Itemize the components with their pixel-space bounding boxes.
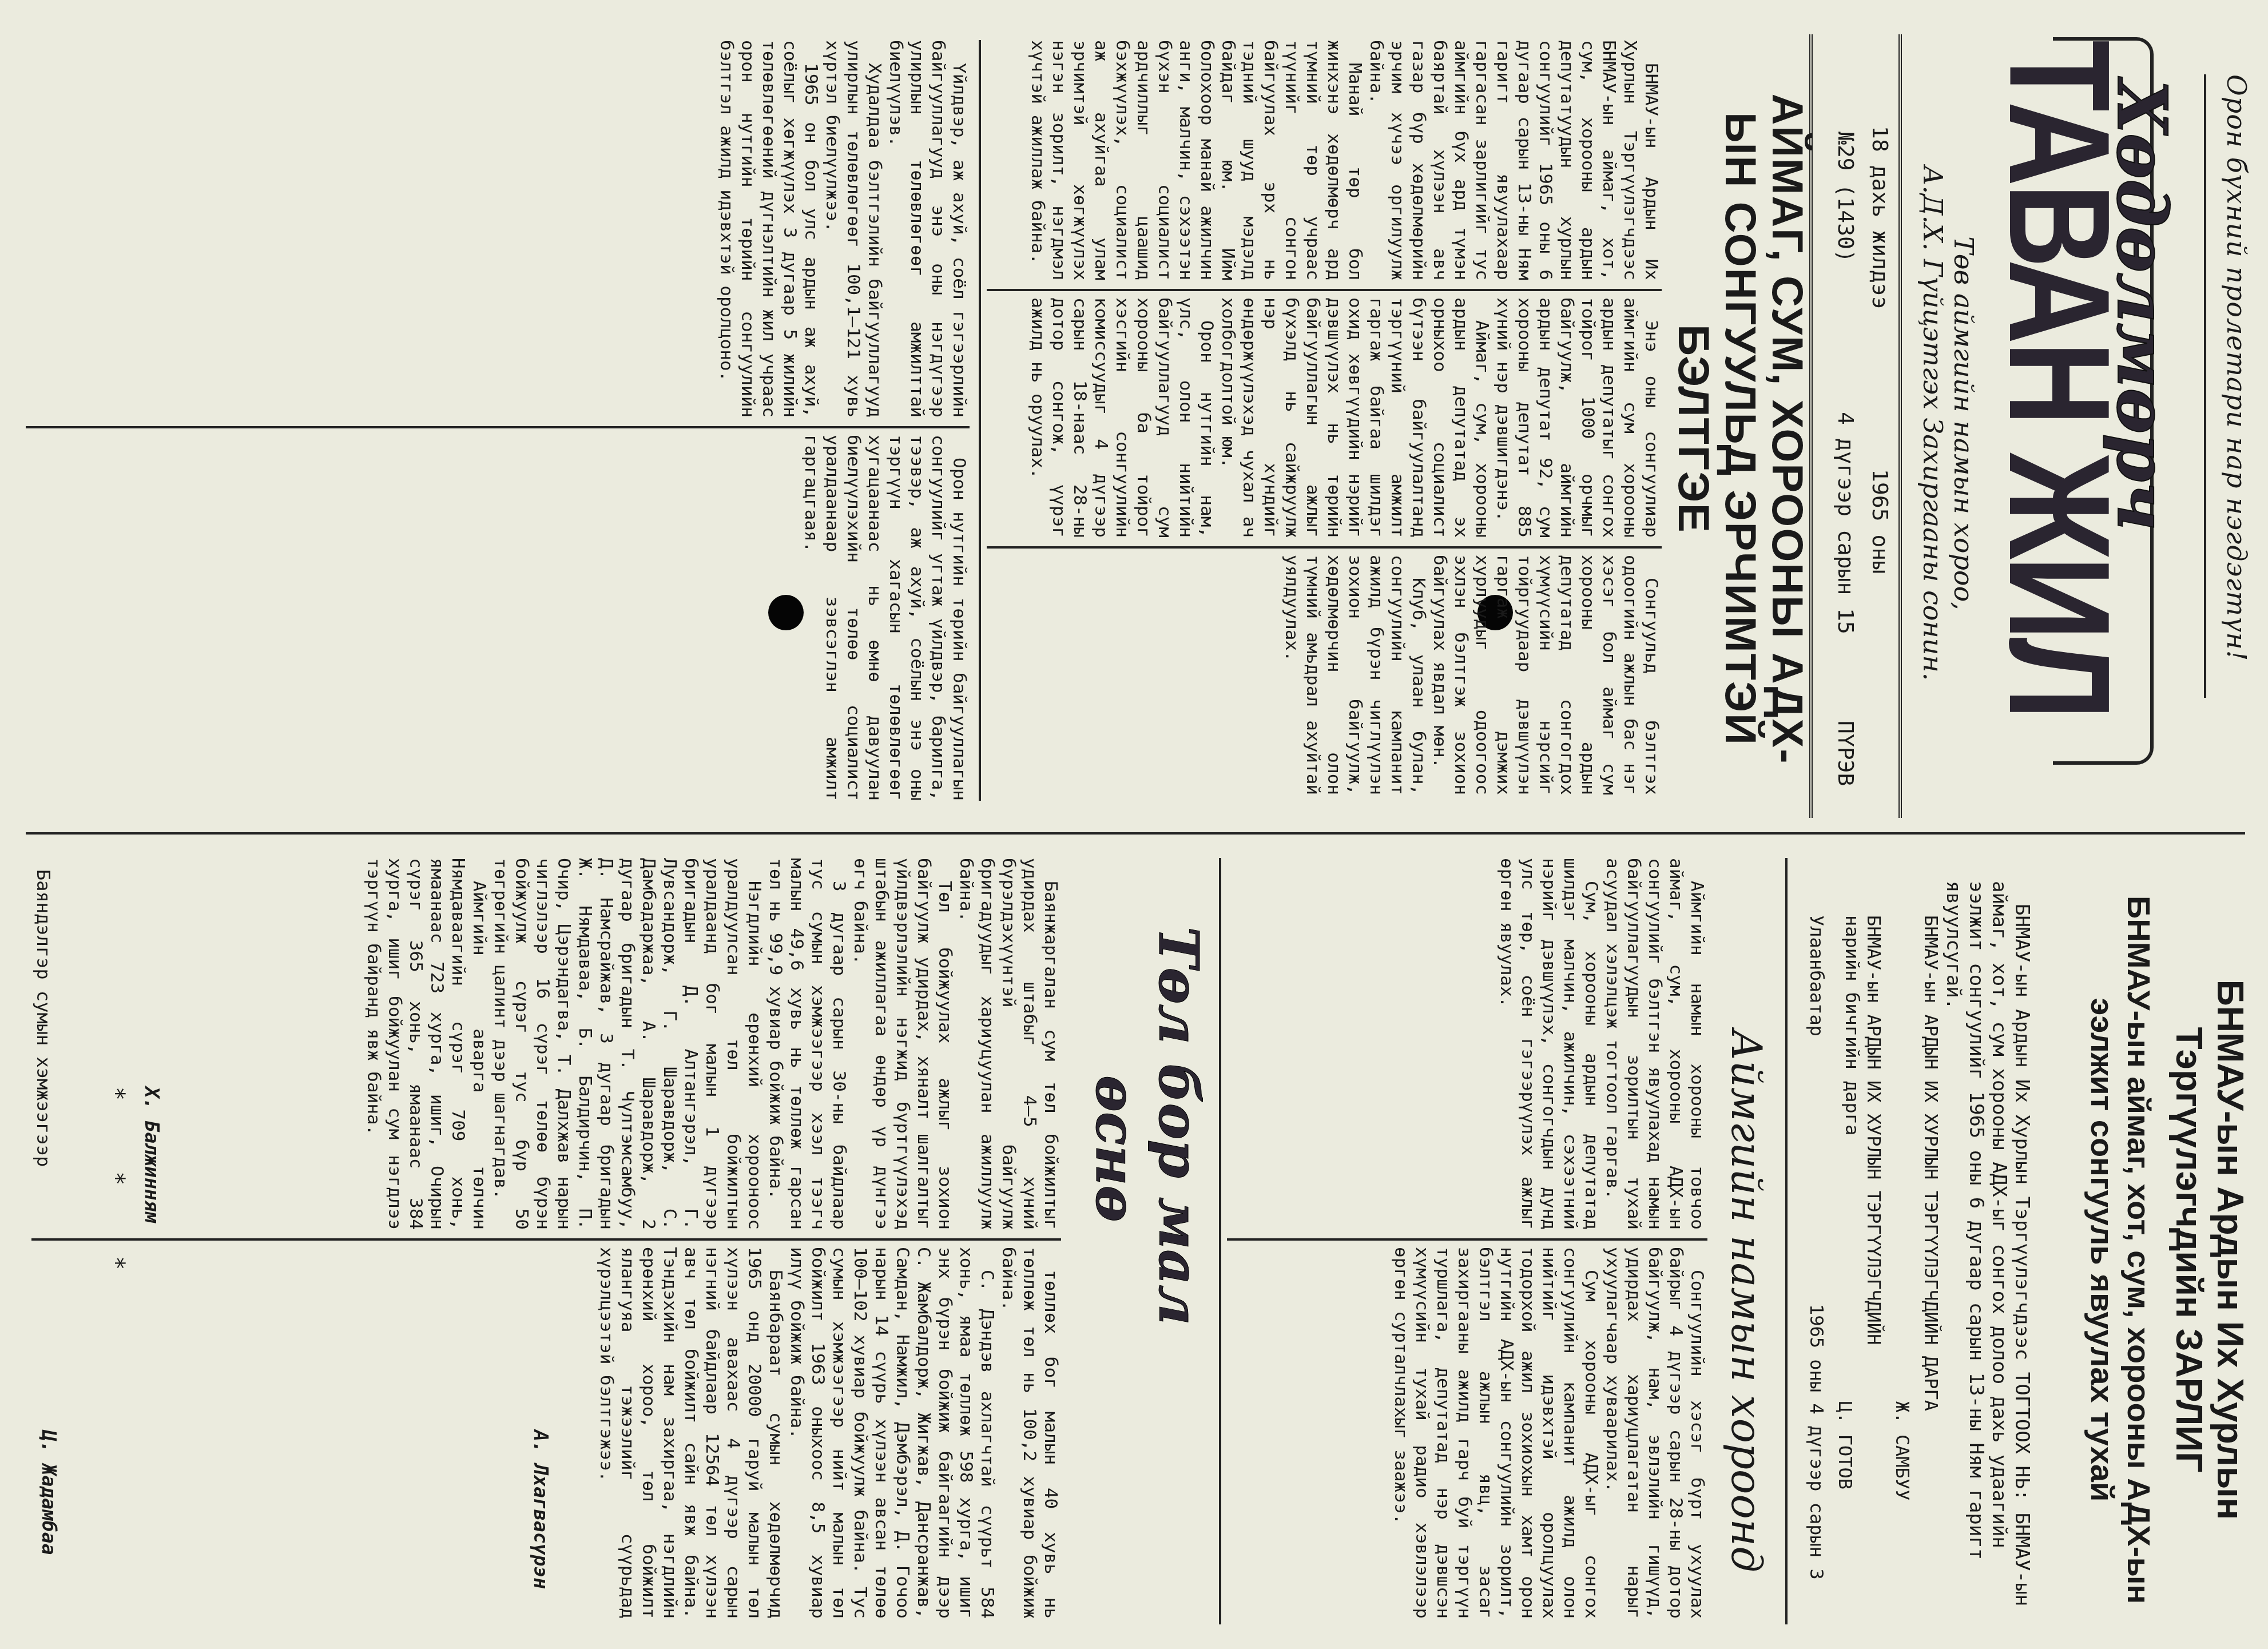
party-column-2: Сонгуулийн хэсэг бүрт ухуулах байрыг 4 д…	[1227, 1247, 1707, 1619]
chairman-title: БНМАУ-ын АРДЫН ИХ ХУРЛЫН ТЭРГҮҮЛЭГЧДИЙН …	[1920, 915, 1942, 1602]
motto: Орон бүхний пролетари нар нэгдэгтүн!	[2221, 74, 2252, 661]
section-rule	[979, 40, 981, 801]
chairman-name: Ж. САМБУУ	[1892, 1401, 1913, 1500]
newspaper-page: Орон бүхний пролетари нар нэгдэгтүн! Хөд…	[0, 0, 2268, 1649]
secretary-name: Ц. ГОТОВ	[1834, 1401, 1856, 1489]
author-signature: А. Лхагвасүрэн	[530, 1430, 552, 1589]
lead-column-2: Энэ оны сонгуулиар аймгийн сум хорооны а…	[987, 297, 1662, 538]
decree-place: Улаанбаатар	[1806, 915, 1828, 1036]
secretary-title: БНМАУ-ын АРДЫН ИХ ХУРЛЫН ТЭРГҮҮЛЭГЧДИЙН …	[1841, 915, 1885, 1373]
author-signature: Х. Балжинням	[141, 1087, 163, 1223]
issue-year: 1965 оны	[1868, 469, 1893, 574]
party-article-title: Аймгийн намын хороонд	[1722, 1030, 1770, 1572]
publisher-line-2: А.Д.Х. Гүйцэтгэх Захиргааны сонин.	[1917, 137, 1948, 709]
divider	[2204, 74, 2206, 698]
livestock-column-1: Баянжаргалан сум төл бойжилтыг удирдах ш…	[31, 858, 1061, 1230]
publisher-line-1: Төв аймгийн намын хороо,	[1948, 137, 1979, 709]
decree-body: БНМАУ-ын Ардын Их Хурлын Тэргүүлэгчдээс …	[1942, 881, 2033, 1619]
page-divider	[26, 832, 2245, 835]
year-of-publication: 18 дахь жилдээ	[1868, 126, 1893, 309]
dateline: 18 дахь жилдээ №29 (1430) 1965 оны 4 дүг…	[1809, 34, 1902, 818]
weekday: ПҮРЭВ	[1833, 721, 1858, 786]
livestock-article-title: Төл бор мал өснө	[1084, 927, 1210, 1325]
column-rule	[1227, 1238, 1707, 1241]
lead-headline: АЙМАГ, СУМ, ХОРООНЫ АДХ-ЫН СОНГУУЛЬД ЭРЧ…	[1670, 69, 1810, 789]
lead-column-5: Орон нутгийн төрийн байгууллагын сонгуул…	[26, 435, 970, 801]
issue-number: №29 (1430)	[1833, 132, 1858, 263]
party-column-1: Аймгийн намын хорооны товчоо аймаг, сум,…	[1227, 858, 1707, 1230]
decree-date: 1965 оны 4 дүгээр сарын 3	[1806, 1304, 1828, 1580]
decree-heading: БНМАУ-ын Ардын Их Хурлын Тэргүүлэгчдийн …	[2084, 881, 2251, 1619]
author-signature: Ц. Жадамбаа	[38, 1430, 60, 1555]
column-rule	[987, 546, 1662, 549]
lead-column-4: Үйлдвэр, аж ахуй, соёл гэгээрлийн байгуу…	[26, 40, 970, 418]
publisher-line: Төв аймгийн намын хороо, А.Д.Х. Гүйцэтгэ…	[1917, 137, 1979, 709]
issue-date: 4 дүгээр сарын 15	[1833, 412, 1858, 634]
column-rule	[26, 426, 970, 428]
lead-column-3: Сонгуульд бэлтгэх одоогийн ажлын бас нэг…	[987, 555, 1662, 795]
section-rule	[1785, 858, 1788, 1624]
lead-column-1: БНМАУ-ын Ардын Их Хурлын Тэргүүлэгчдээс …	[987, 40, 1662, 280]
column-rule	[987, 289, 1662, 291]
column-rule	[31, 1238, 1061, 1241]
section-rule	[1219, 858, 1221, 1624]
footer-line: Баяндэлгэр сумын хэмжээгээр	[33, 869, 54, 1167]
separator-stars: * * *	[102, 1087, 129, 1298]
decree-subheading: БНМАУ-ын аймаг, хот, сум, хорооны АДХ-ын…	[2084, 881, 2157, 1619]
masthead-title: ТАВАН ЖИЛ	[1993, 40, 2125, 669]
